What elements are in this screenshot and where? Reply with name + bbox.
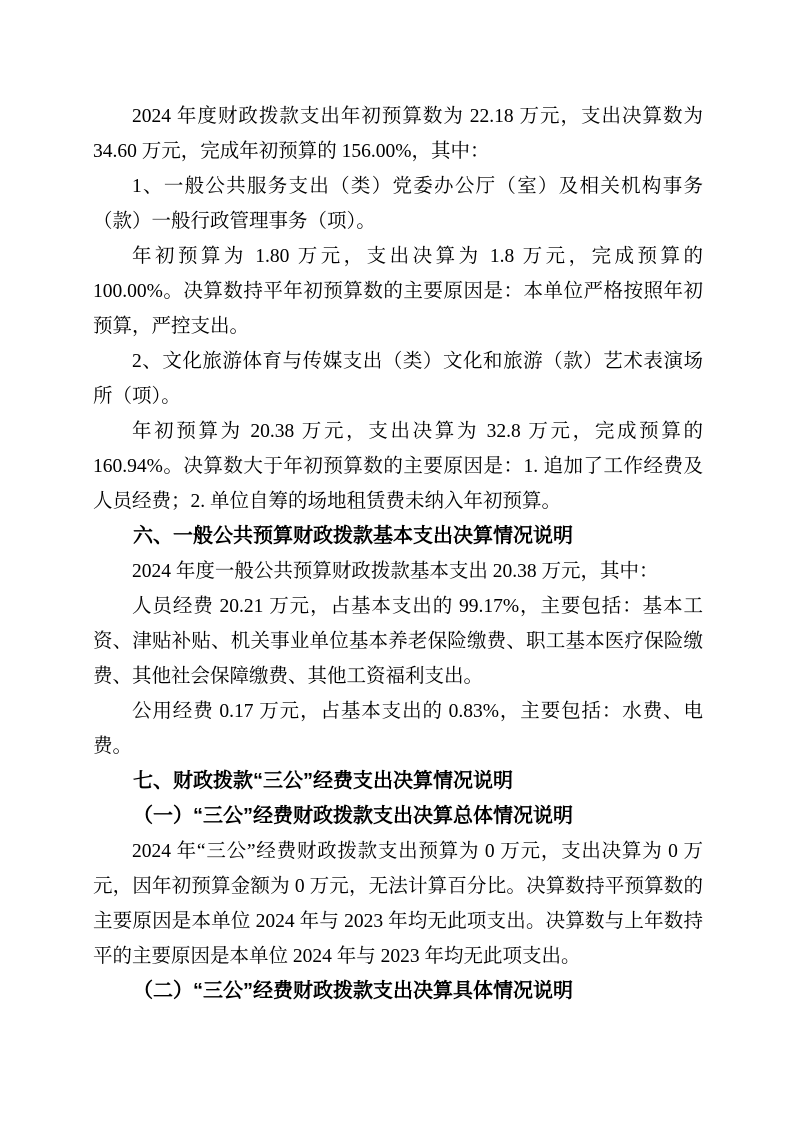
paragraph-item-1-detail: 年初预算为 1.80 万元，支出决算为 1.8 万元，完成预算的 100.00%… <box>93 239 703 344</box>
paragraph-three-public-funds-overview: 2024 年“三公”经费财政拨款支出预算为 0 万元，支出决算为 0 万元，因年… <box>93 834 703 974</box>
paragraph-item-1-general-public-services: 1、一般公共服务支出（类）党委办公厅（室）及相关机构事务（款）一般行政管理事务（… <box>93 169 703 239</box>
paragraph-basic-expenditure-total: 2024 年度一般公共预算财政拨款基本支出 20.38 万元，其中： <box>93 554 703 589</box>
heading-section-7-2-specific: （二）“三公”经费财政拨款支出决算具体情况说明 <box>93 974 703 1009</box>
document-content: 2024 年度财政拨款支出年初预算数为 22.18 万元，支出决算数为 34.6… <box>93 99 703 1009</box>
paragraph-budget-vs-final-overview: 2024 年度财政拨款支出年初预算数为 22.18 万元，支出决算数为 34.6… <box>93 99 703 169</box>
paragraph-personnel-expenses: 人员经费 20.21 万元，占基本支出的 99.17%，主要包括：基本工资、津贴… <box>93 589 703 694</box>
paragraph-item-2-detail: 年初预算为 20.38 万元，支出决算为 32.8 万元，完成预算的 160.9… <box>93 414 703 519</box>
document-page: 2024 年度财政拨款支出年初预算数为 22.18 万元，支出决算数为 34.6… <box>0 0 793 1122</box>
heading-section-6-basic-expenditure: 六、一般公共预算财政拨款基本支出决算情况说明 <box>93 519 703 554</box>
heading-section-7-three-public-funds: 七、财政拨款“三公”经费支出决算情况说明 <box>93 764 703 799</box>
paragraph-public-utility-expenses: 公用经费 0.17 万元，占基本支出的 0.83%，主要包括：水费、电费。 <box>93 694 703 764</box>
heading-section-7-1-overall: （一）“三公”经费财政拨款支出决算总体情况说明 <box>93 799 703 834</box>
paragraph-item-2-culture-tourism: 2、文化旅游体育与传媒支出（类）文化和旅游（款）艺术表演场所（项）。 <box>93 344 703 414</box>
